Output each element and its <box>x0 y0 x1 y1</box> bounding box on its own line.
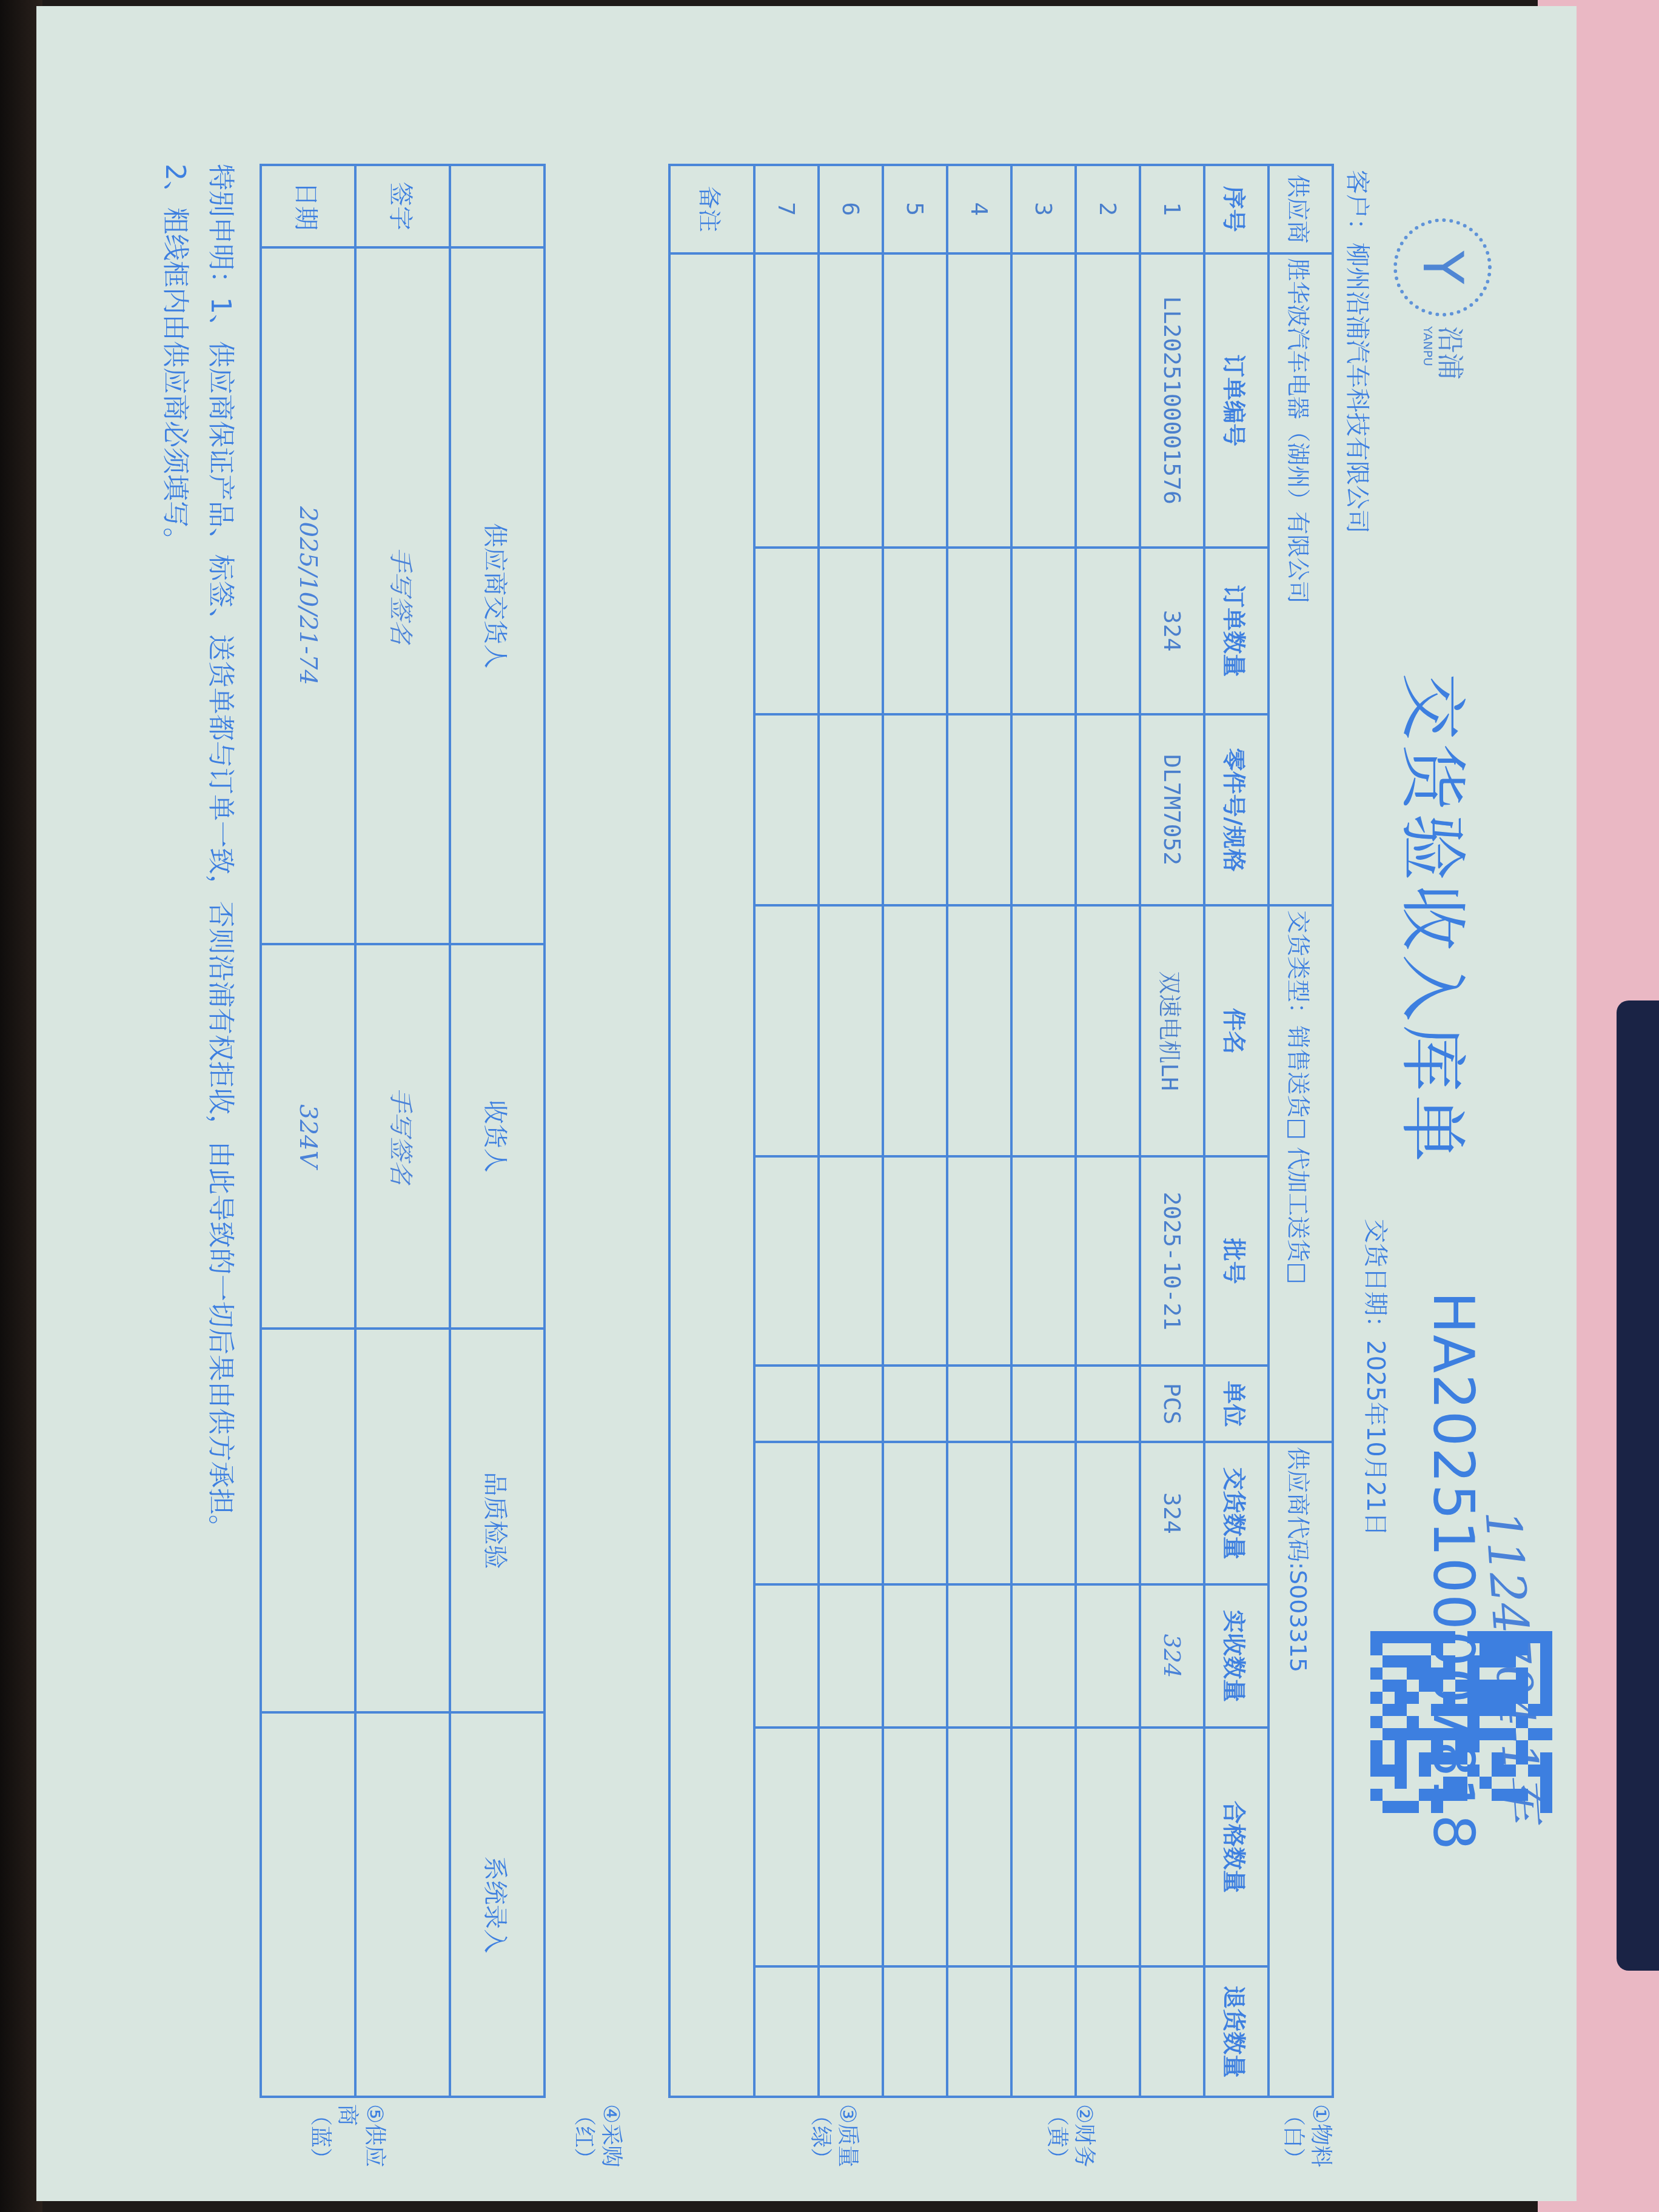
remarks-label: 备注 <box>669 165 754 253</box>
company-logo: Y 沿浦 YANPU <box>1393 218 1492 380</box>
copy-distribution: ①物料（白） ②财务（黄） ③质量（绿） ④采购（红） ⑤供应商（蓝） <box>306 2104 1334 2177</box>
col-header: 实收数量 <box>1204 1584 1269 1727</box>
logo-subtitle: YANPU <box>1421 326 1435 380</box>
col-header: 批号 <box>1204 1156 1269 1366</box>
cell-no: 7 <box>754 165 819 253</box>
items-table: 供应商 胜华波汽车电器（湖州）有限公司 交货类型：销售送货□ 代加工送货□ 供应… <box>668 164 1334 2098</box>
delivery-type-label: 交货类型： <box>1285 910 1312 1025</box>
copy-label: ①物料（白） <box>1279 2104 1334 2177</box>
table-row: 1 LL2025100001576 324 DL7M7052 双速电机LH 20… <box>1140 165 1204 2097</box>
entry-date <box>261 1712 355 2097</box>
cell-part-name: 双速电机LH <box>1140 905 1204 1156</box>
form-title: 交货验收入库单 <box>1390 673 1486 1165</box>
date-label: 日期 <box>261 165 355 247</box>
col-header: 零件号/规格 <box>1204 714 1269 905</box>
delivery-type-value: 销售送货□ 代加工送货□ <box>1285 1025 1312 1284</box>
cell-unit: PCS <box>1140 1366 1204 1442</box>
cell-qualified <box>1140 1728 1204 1966</box>
remarks-value <box>669 253 754 2097</box>
delivery-type: 交货类型：销售送货□ 代加工送货□ <box>1269 905 1333 1442</box>
role-label: 收货人 <box>450 944 545 1329</box>
cell-order-no: LL2025100001576 <box>1140 253 1204 548</box>
signature-section: 供应商交货人 收货人 品质检验 系统录入 签字 手写签名 手写签名 日期 202… <box>260 164 546 2098</box>
sign-label: 签字 <box>355 165 450 247</box>
supplier-date: 2025/10/21-74 <box>261 247 355 944</box>
col-header: 订单编号 <box>1204 253 1269 548</box>
cell-batch: 2025-10-21 <box>1140 1156 1204 1366</box>
customer-line: 客户：柳州沿浦汽车科技有限公司 <box>1342 170 1376 534</box>
cell-delivered: 324 <box>1140 1442 1204 1584</box>
cell-order-qty: 324 <box>1140 548 1204 714</box>
customer-label: 客户： <box>1343 170 1371 243</box>
table-header-row: 序号 订单编号 订单数量 零件号/规格 件名 批号 单位 交货数量 实收数量 合… <box>1204 165 1269 2097</box>
role-label: 品质检验 <box>450 1329 545 1713</box>
col-header: 订单数量 <box>1204 548 1269 714</box>
logo-mark-icon: Y <box>1393 218 1492 317</box>
copy-label: ③质量（绿） <box>806 2104 861 2177</box>
col-header: 件名 <box>1204 905 1269 1156</box>
entry-signature <box>355 1712 450 2097</box>
receiver-signature: 手写签名 <box>355 944 450 1329</box>
note-line-2: 2、粗线框内由供应商必须填写。 <box>152 164 197 1541</box>
supplier-label: 供应商 <box>1269 165 1333 253</box>
folder-edge <box>1617 1000 1659 1971</box>
supplier-code-label: 供应商代码: <box>1285 1447 1312 1570</box>
table-row: 3 <box>1011 165 1076 2097</box>
supplier-code-value: S003315 <box>1285 1570 1312 1672</box>
cell-no: 2 <box>1076 165 1140 253</box>
col-header: 单位 <box>1204 1366 1269 1442</box>
cell-no: 3 <box>1011 165 1076 253</box>
note-line-1: 特别申明：1、供应商保证产品、标签、送货单都与订单一致，否则沿浦有权拒收，由此导… <box>197 164 243 1541</box>
logo-name: 沿浦 <box>1435 326 1464 380</box>
cell-no: 4 <box>947 165 1011 253</box>
col-header: 退货数量 <box>1204 1966 1269 2097</box>
delivery-date-line: 交货日期：2025年10月21日 <box>1360 1219 1395 1537</box>
supplier-code: 供应商代码:S003315 <box>1269 1442 1333 2097</box>
cell-no: 6 <box>819 165 883 253</box>
cell-no: 1 <box>1140 165 1204 253</box>
special-notes: 特别申明：1、供应商保证产品、标签、送货单都与订单一致，否则沿浦有权拒收，由此导… <box>152 164 243 1541</box>
delivery-receipt-form: Y 沿浦 YANPU 交货验收入库单 HA2025100007818 11247… <box>36 6 1577 2201</box>
table-row: 4 <box>947 165 1011 2097</box>
table-row: 7 <box>754 165 819 2097</box>
qc-signature <box>355 1329 450 1713</box>
copy-label: ⑤供应商（蓝） <box>306 2104 388 2177</box>
cell-returned <box>1140 1966 1204 2097</box>
customer-value: 柳州沿浦汽车科技有限公司 <box>1343 243 1371 534</box>
cell-part-no: DL7M7052 <box>1140 714 1204 905</box>
receiver-date: 324V <box>261 944 355 1329</box>
role-label: 供应商交货人 <box>450 247 545 944</box>
col-header: 合格数量 <box>1204 1728 1269 1966</box>
col-header: 序号 <box>1204 165 1269 253</box>
qc-date <box>261 1329 355 1713</box>
remarks-row: 备注 <box>669 165 754 2097</box>
qr-code-icon <box>1370 1631 1552 1813</box>
copy-label: ④采购（红） <box>570 2104 625 2177</box>
table-row: 5 <box>883 165 947 2097</box>
copy-label: ②财务（黄） <box>1043 2104 1098 2177</box>
col-header: 交货数量 <box>1204 1442 1269 1584</box>
role-label: 系统录入 <box>450 1712 545 2097</box>
delivery-date-label: 交货日期： <box>1361 1219 1389 1340</box>
supplier-value: 胜华波汽车电器（湖州）有限公司 <box>1269 253 1333 906</box>
cell-no: 5 <box>883 165 947 253</box>
table-row: 2 <box>1076 165 1140 2097</box>
table-row: 6 <box>819 165 883 2097</box>
delivery-date-value: 2025年10月21日 <box>1361 1340 1389 1537</box>
cell-received: 324 <box>1140 1584 1204 1727</box>
supplier-signature: 手写签名 <box>355 247 450 944</box>
